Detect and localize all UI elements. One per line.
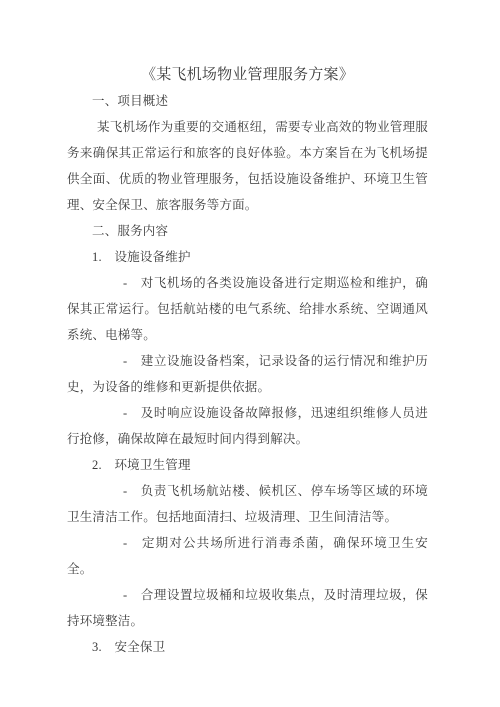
paragraph-numbered: 1. 设施设备维护 <box>67 244 428 270</box>
document-title: 《某飞机场物业管理服务方案》 <box>67 62 428 88</box>
document-text-block: 《某飞机场物业管理服务方案》 一、项目概述某飞机场作为重要的交通枢纽，需要专业高… <box>67 62 428 660</box>
paragraph-numbered: 2. 环境卫生管理 <box>67 452 428 478</box>
paragraph-heading: 二、服务内容 <box>67 218 428 244</box>
paragraph-dash: - 合理设置垃圾桶和垃圾收集点，及时清理垃圾，保持环境整洁。 <box>67 582 428 634</box>
paragraph-numbered: 3. 安全保卫 <box>67 634 428 660</box>
paragraph-dash: - 建立设施设备档案，记录设备的运行情况和维护历史，为设备的维修和更新提供依据。 <box>67 348 428 400</box>
paragraph-body: 某飞机场作为重要的交通枢纽，需要专业高效的物业管理服务来确保其正常运行和旅客的良… <box>67 114 428 218</box>
paragraph-heading: 一、项目概述 <box>67 88 428 114</box>
document-page: 《某飞机场物业管理服务方案》 一、项目概述某飞机场作为重要的交通枢纽，需要专业高… <box>0 0 500 707</box>
document-body: 一、项目概述某飞机场作为重要的交通枢纽，需要专业高效的物业管理服务来确保其正常运… <box>67 88 428 660</box>
paragraph-dash: - 及时响应设施设备故障报修，迅速组织维修人员进行抢修，确保故障在最短时间内得到… <box>67 400 428 452</box>
paragraph-dash: - 对飞机场的各类设施设备进行定期巡检和维护，确保其正常运行。包括航站楼的电气系… <box>67 270 428 348</box>
paragraph-dash: - 定期对公共场所进行消毒杀菌，确保环境卫生安全。 <box>67 530 428 582</box>
paragraph-dash: - 负责飞机场航站楼、候机区、停车场等区域的环境卫生清洁工作。包括地面清扫、垃圾… <box>67 478 428 530</box>
